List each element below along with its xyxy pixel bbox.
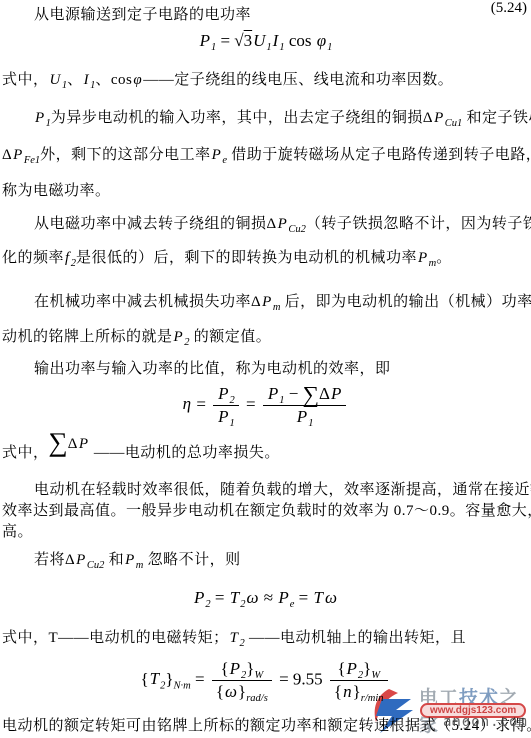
text-line-para-where-torque: 式中，T——电动机的电磁转矩；T2 ——电动机轴上的输出转矩，且 xyxy=(2,628,466,648)
text-run: 从电源输送到定子电路的电功率 xyxy=(34,7,251,23)
fraction-numerator: {P2}W xyxy=(212,658,272,681)
math-subscript: 1 xyxy=(266,42,271,53)
text-run: { xyxy=(334,682,342,701)
text-run: 式中， xyxy=(2,72,49,88)
text-run: } xyxy=(165,669,173,688)
math-variable: P xyxy=(12,147,24,163)
math-subscript: 1 xyxy=(327,42,332,53)
math-subscript: N·m xyxy=(174,680,191,691)
formula-line-formula-524: {T2}N·m = {P2}W{ω}rad/s = 9.55 {P2}W{n}r… xyxy=(0,658,531,703)
fraction-numerator: {P2}W xyxy=(330,658,388,681)
text-run: Δ xyxy=(319,384,330,403)
fraction: {P2}W{ω}rad/s xyxy=(212,658,272,703)
text-run: } xyxy=(353,682,361,701)
text-run: 、 xyxy=(67,72,83,88)
formula-line-formula-torque-power: P2 = T2ω ≈ Pe = Tω xyxy=(0,588,531,608)
text-run: 和定子铁心的铁损 xyxy=(462,110,531,126)
math-subscript: Cu1 xyxy=(445,118,463,129)
math-variable: φ xyxy=(316,31,327,50)
math-variable: T xyxy=(229,630,240,646)
equation-number: (5.24) xyxy=(491,0,527,17)
math-variable: U xyxy=(49,72,62,88)
math-variable: P xyxy=(217,384,229,403)
math-variable: φ xyxy=(132,72,143,88)
math-variable: P xyxy=(277,216,289,232)
text-run: 式中， xyxy=(2,445,49,461)
text-run: − xyxy=(285,384,303,403)
math-variable: P xyxy=(330,384,342,403)
text-run: 忽略不计，则 xyxy=(143,552,240,568)
document-page: 电工技术之家 www.dgjs123.com angon.com (5.24) … xyxy=(0,0,531,738)
text-run: 从电磁功率中减去转子绕组的铜损Δ xyxy=(34,216,277,232)
text-run: 高。 xyxy=(2,524,33,540)
text-run: 后，即为电动机的输出（机械）功率 xyxy=(280,294,531,310)
fraction: P1 − ∑ΔPP1 xyxy=(263,383,346,428)
math-variable: P xyxy=(261,294,273,310)
text-run: ——电动机的总功率损失。 xyxy=(90,445,280,461)
text-line-para-efficiency-note-2: 效率达到最高值。一般异步电动机在额定负载时的效率为 0.7～0.9。容量愈大，其… xyxy=(2,501,531,521)
text-line-para-mech-power-1: 在机械功率中减去机械损失功率ΔPm 后，即为电动机的输出（机械）功率P2，异步电 xyxy=(34,292,531,312)
math-variable: T xyxy=(229,588,240,607)
text-line-para-neglect: 若将ΔPCu2 和Pm 忽略不计，则 xyxy=(34,550,241,570)
text-run: Δ xyxy=(68,436,78,452)
text-run: { xyxy=(337,659,345,678)
math-variable: P xyxy=(78,436,90,452)
text-run: = xyxy=(191,669,209,688)
math-variable: P xyxy=(199,31,211,50)
text-line-para-p1-input-1: P1为异步电动机的输入功率，其中，出去定子绕组的铜损ΔPCu1 和定子铁心的铁损 xyxy=(34,108,531,128)
text-line-para-mech-power-2: 动机的铭牌上所标的就是P2 的额定值。 xyxy=(2,327,271,347)
math-variable: f xyxy=(64,250,71,266)
math-variable: η xyxy=(182,394,192,413)
text-run: ——电动机轴上的输出转矩，且 xyxy=(245,630,466,646)
math-variable: P xyxy=(417,250,429,266)
math-variable: n xyxy=(342,682,353,701)
watermark-overlay-url: angon.com xyxy=(443,714,528,730)
formula-line-formula-efficiency: η = P2P1 = P1 − ∑ΔPP1 xyxy=(0,383,531,428)
text-line-para-efficiency-intro: 输出功率与输入功率的比值，称为电动机的效率，即 xyxy=(34,359,391,379)
math-variable: P xyxy=(296,407,308,426)
text-run: 借助于旋转磁场从定子电路传递到转子电路，这部分功率 xyxy=(227,147,531,163)
text-run: { xyxy=(220,659,228,678)
text-line-para-where-sum: 式中，∑ΔP ——电动机的总功率损失。 xyxy=(2,443,280,463)
text-run: } xyxy=(238,682,246,701)
text-run: cos xyxy=(285,31,316,50)
formula-line-formula-input-power: P1 = √3U1I1 cos φ1 xyxy=(0,31,531,51)
math-subscript: r/min xyxy=(361,693,384,704)
text-line-para-em-power-2: 化的频率f2是很低的）后，剩下的即转换为电动机的机械功率Pm。 xyxy=(2,248,452,268)
math-subscript: Fe1 xyxy=(24,155,40,166)
text-run: （转子铁损忽略不计，因为转子铁心中交变磁 xyxy=(306,216,531,232)
text-line-para-efficiency-note-3: 高。 xyxy=(2,522,33,542)
math-variable: P xyxy=(34,110,46,126)
text-run: 动机的铭牌上所标的就是 xyxy=(2,329,173,345)
math-variable: ω xyxy=(224,682,238,701)
text-run: 若将Δ xyxy=(34,552,75,568)
fraction-denominator: P1 xyxy=(213,406,239,428)
text-line-para-power-from-source: 从电源输送到定子电路的电功率 xyxy=(34,5,251,25)
text-run: 和 xyxy=(104,552,124,568)
text-run: = xyxy=(211,588,229,607)
math-variable: P xyxy=(75,552,87,568)
text-run: 外，剩下的这部分电工率 xyxy=(40,147,211,163)
text-run: 化的频率 xyxy=(2,250,64,266)
fraction-numerator: P2 xyxy=(213,383,239,406)
fraction-denominator: {n}r/min xyxy=(330,681,388,703)
text-run: 的额定值。 xyxy=(189,329,271,345)
math-variable: T xyxy=(312,588,323,607)
text-run: = xyxy=(242,394,260,413)
fraction-numerator: P1 − ∑ΔP xyxy=(263,383,346,406)
text-run: = xyxy=(192,394,210,413)
text-run: 称为电磁功率。 xyxy=(2,183,111,199)
math-subscript: rad/s xyxy=(246,693,268,704)
math-subscript: W xyxy=(371,670,380,681)
text-line-para-p1-input-3: 称为电磁功率。 xyxy=(2,181,111,201)
text-run: = xyxy=(294,588,312,607)
raised-sum-group: ∑ΔP xyxy=(49,434,90,454)
sum-symbol: ∑ xyxy=(303,382,319,407)
math-subscript: 1 xyxy=(308,418,313,429)
radicand: 3 xyxy=(244,31,253,50)
text-line-para-em-power-1: 从电磁功率中减去转子绕组的铜损ΔPCu2（转子铁损忽略不计，因为转子铁心中交变磁 xyxy=(34,214,531,234)
math-variable: I xyxy=(83,72,91,88)
text-run: 输出功率与输入功率的比值，称为电动机的效率，即 xyxy=(34,361,391,377)
text-run: 效率达到最高值。一般异步电动机在额定负载时的效率为 0.7～0.9。容量愈大，其… xyxy=(2,503,531,519)
text-run: 在机械功率中减去机械损失功率Δ xyxy=(34,294,261,310)
text-run: 、cos xyxy=(95,72,132,88)
text-run: Δ xyxy=(2,147,12,163)
text-line-para-p1-input-2: ΔPFe1外，剩下的这部分电工率Pe 借助于旋转磁场从定子电路传递到转子电路，这… xyxy=(2,145,531,165)
math-subscript: Cu2 xyxy=(87,560,105,571)
math-variable: P xyxy=(433,110,445,126)
text-run: = xyxy=(216,31,234,50)
text-run: { xyxy=(140,669,148,688)
math-variable: P xyxy=(173,329,185,345)
math-variable: P xyxy=(267,384,279,403)
math-variable: ω xyxy=(324,588,338,607)
math-variable: P xyxy=(277,588,289,607)
math-variable: P xyxy=(217,407,229,426)
text-run: ≈ xyxy=(259,588,277,607)
math-variable: P xyxy=(229,659,241,678)
math-subscript: 2 xyxy=(230,395,235,406)
text-run: 式中，T——电动机的电磁转矩； xyxy=(2,630,229,646)
math-subscript: 1 xyxy=(230,418,235,429)
math-variable: T xyxy=(149,669,160,688)
text-run: 。 xyxy=(436,250,452,266)
math-variable: ω xyxy=(245,588,259,607)
text-run: 电动机在轻载时效率很低，随着负载的增大，效率逐渐提高，通常在接近额定负载时， xyxy=(34,482,531,498)
math-variable: P xyxy=(124,552,136,568)
text-run: = 9.55 xyxy=(275,669,327,688)
text-run: { xyxy=(216,682,224,701)
fraction: P2P1 xyxy=(213,383,239,428)
sqrt-expression: √3 xyxy=(234,31,252,50)
math-variable: P xyxy=(211,147,223,163)
sum-symbol: ∑ xyxy=(49,427,68,457)
math-variable: P xyxy=(193,588,205,607)
math-subscript: W xyxy=(254,670,263,681)
text-run: ——定子绕组的线电压、线电流和功率因数。 xyxy=(143,72,453,88)
math-subscript: Cu2 xyxy=(288,224,306,235)
fraction-denominator: P1 xyxy=(263,406,346,428)
text-run: 是很低的）后，剩下的即转换为电动机的机械功率 xyxy=(76,250,417,266)
math-variable: U xyxy=(252,31,266,50)
math-variable: P xyxy=(346,659,358,678)
fraction: {P2}W{n}r/min xyxy=(330,658,388,703)
text-line-para-efficiency-note-1: 电动机在轻载时效率很低，随着负载的增大，效率逐渐提高，通常在接近额定负载时， xyxy=(34,480,531,500)
radical-sign: √ xyxy=(234,31,243,50)
text-line-para-where-u-i: 式中，U1、I1、cosφ——定子绕组的线电压、线电流和功率因数。 xyxy=(2,70,453,90)
text-run: 为异步电动机的输入功率，其中，出去定子绕组的铜损Δ xyxy=(51,110,433,126)
fraction-denominator: {ω}rad/s xyxy=(212,681,272,703)
